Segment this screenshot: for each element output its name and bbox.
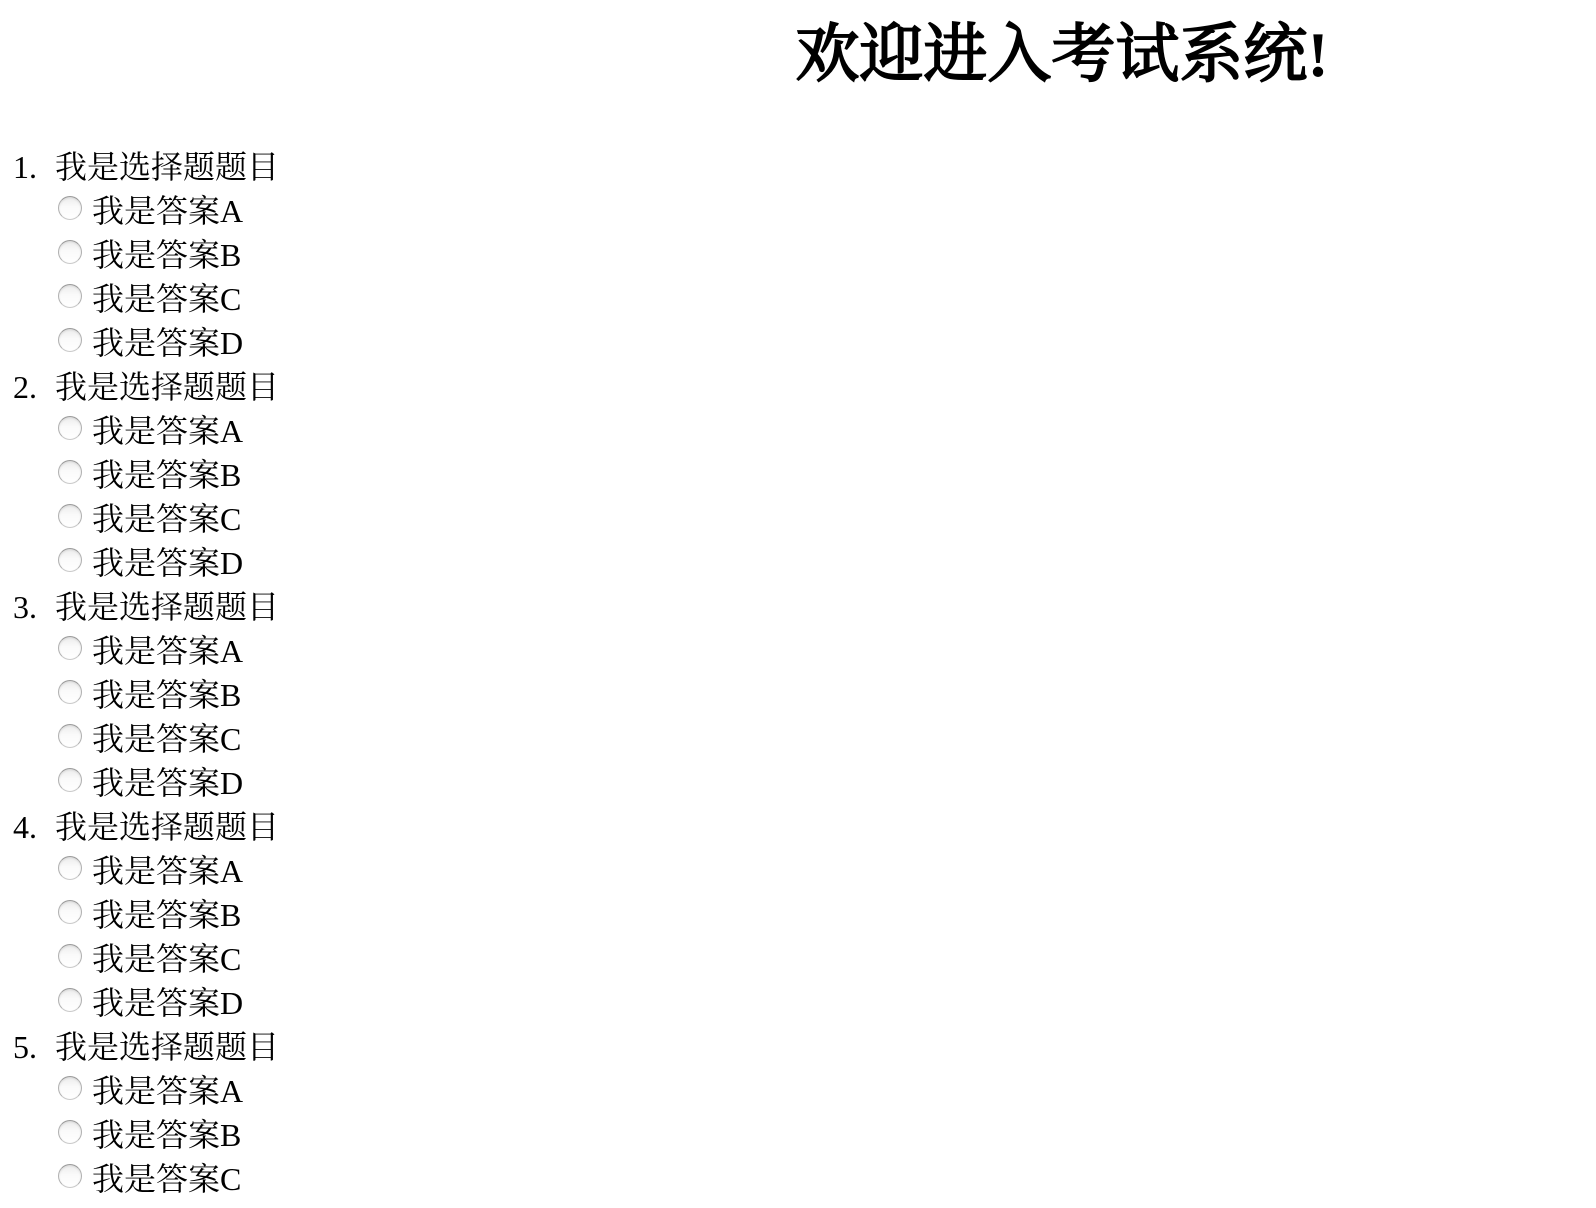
answer-radio[interactable]	[58, 944, 82, 968]
answer-label: 我是答案C	[92, 721, 241, 757]
answer-option[interactable]: 我是答案C	[0, 497, 1596, 541]
question-item: 5. 我是选择题题目 我是答案A 我是答案B 我是答案C	[0, 1025, 1596, 1201]
answer-option[interactable]: 我是答案B	[0, 893, 1596, 937]
question-number: 4.	[13, 805, 37, 849]
answer-radio[interactable]	[58, 680, 82, 704]
answer-radio[interactable]	[58, 768, 82, 792]
answer-label: 我是答案B	[92, 677, 241, 713]
answer-label: 我是答案C	[92, 501, 241, 537]
answer-option[interactable]: 我是答案C	[0, 717, 1596, 761]
answer-option[interactable]: 我是答案C	[0, 937, 1596, 981]
answer-radio[interactable]	[58, 196, 82, 220]
answer-radio[interactable]	[58, 724, 82, 748]
question-title-line: 2. 我是选择题题目	[0, 365, 1596, 409]
question-title-line: 1. 我是选择题题目	[0, 145, 1596, 189]
question-number: 5.	[13, 1025, 37, 1069]
answer-label: 我是答案D	[92, 325, 243, 361]
answer-label: 我是答案C	[92, 941, 241, 977]
question-title-line: 3. 我是选择题题目	[0, 585, 1596, 629]
answer-label: 我是答案D	[92, 765, 243, 801]
question-text: 我是选择题题目	[55, 1029, 279, 1065]
answer-option[interactable]: 我是答案D	[0, 981, 1596, 1025]
answer-radio[interactable]	[58, 900, 82, 924]
answer-option[interactable]: 我是答案B	[0, 233, 1596, 277]
question-item: 1. 我是选择题题目 我是答案A 我是答案B 我是答案C 我是答案D	[0, 145, 1596, 365]
answer-option[interactable]: 我是答案C	[0, 1157, 1596, 1201]
answer-radio[interactable]	[58, 1076, 82, 1100]
answer-label: 我是答案C	[92, 1161, 241, 1197]
question-title-line: 5. 我是选择题题目	[0, 1025, 1596, 1069]
answer-option[interactable]: 我是答案C	[0, 277, 1596, 321]
answer-label: 我是答案A	[92, 1073, 243, 1109]
answer-label: 我是答案B	[92, 457, 241, 493]
answer-option[interactable]: 我是答案A	[0, 409, 1596, 453]
answer-radio[interactable]	[58, 1120, 82, 1144]
answer-option[interactable]: 我是答案A	[0, 189, 1596, 233]
answer-label: 我是答案A	[92, 193, 243, 229]
answer-radio[interactable]	[58, 636, 82, 660]
question-text: 我是选择题题目	[55, 369, 279, 405]
question-number: 1.	[13, 145, 37, 189]
answer-label: 我是答案A	[92, 633, 243, 669]
question-text: 我是选择题题目	[55, 809, 279, 845]
answer-radio[interactable]	[58, 988, 82, 1012]
question-item: 4. 我是选择题题目 我是答案A 我是答案B 我是答案C 我是答案D	[0, 805, 1596, 1025]
question-number: 3.	[13, 585, 37, 629]
answer-option[interactable]: 我是答案D	[0, 541, 1596, 585]
answer-option[interactable]: 我是答案D	[0, 761, 1596, 805]
answer-radio[interactable]	[58, 328, 82, 352]
answer-label: 我是答案B	[92, 1117, 241, 1153]
answer-option[interactable]: 我是答案A	[0, 629, 1596, 673]
answer-label: 我是答案B	[92, 237, 241, 273]
answer-option[interactable]: 我是答案B	[0, 1113, 1596, 1157]
question-item: 3. 我是选择题题目 我是答案A 我是答案B 我是答案C 我是答案D	[0, 585, 1596, 805]
answer-radio[interactable]	[58, 1164, 82, 1188]
page-title: 欢迎进入考试系统!	[0, 16, 1596, 93]
question-item: 2. 我是选择题题目 我是答案A 我是答案B 我是答案C 我是答案D	[0, 365, 1596, 585]
exam-page: 欢迎进入考试系统! 1. 我是选择题题目 我是答案A 我是答案B 我是答案C 我…	[0, 16, 1596, 1201]
answer-radio[interactable]	[58, 856, 82, 880]
answer-radio[interactable]	[58, 240, 82, 264]
answer-option[interactable]: 我是答案D	[0, 321, 1596, 365]
question-text: 我是选择题题目	[55, 149, 279, 185]
answer-option[interactable]: 我是答案A	[0, 849, 1596, 893]
question-number: 2.	[13, 365, 37, 409]
answer-radio[interactable]	[58, 504, 82, 528]
question-title-line: 4. 我是选择题题目	[0, 805, 1596, 849]
answer-radio[interactable]	[58, 460, 82, 484]
answer-radio[interactable]	[58, 284, 82, 308]
answer-label: 我是答案A	[92, 413, 243, 449]
answer-label: 我是答案D	[92, 985, 243, 1021]
answer-label: 我是答案D	[92, 545, 243, 581]
answer-option[interactable]: 我是答案B	[0, 453, 1596, 497]
answer-label: 我是答案A	[92, 853, 243, 889]
answer-option[interactable]: 我是答案B	[0, 673, 1596, 717]
question-list: 1. 我是选择题题目 我是答案A 我是答案B 我是答案C 我是答案D 2. 我是…	[0, 145, 1596, 1201]
answer-radio[interactable]	[58, 548, 82, 572]
answer-radio[interactable]	[58, 416, 82, 440]
answer-label: 我是答案B	[92, 897, 241, 933]
answer-label: 我是答案C	[92, 281, 241, 317]
question-text: 我是选择题题目	[55, 589, 279, 625]
answer-option[interactable]: 我是答案A	[0, 1069, 1596, 1113]
